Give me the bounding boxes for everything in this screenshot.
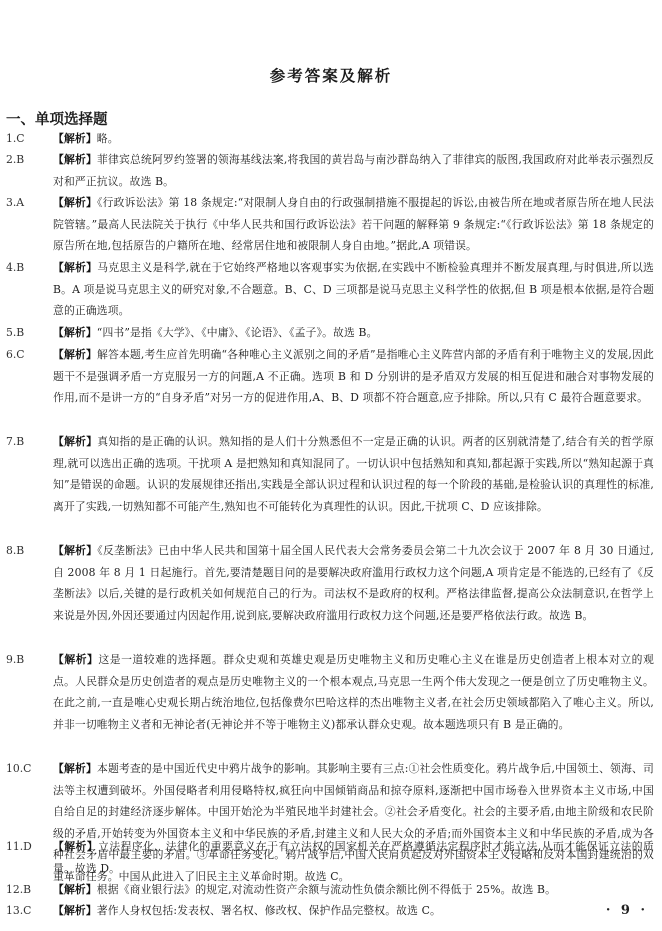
answer-item: 5.B 【解析】“四书”是指《大学》、《中庸》、《论语》、《孟子》。故选 B。	[6, 322, 654, 344]
answer-number: 13.C	[6, 900, 31, 922]
analysis-tag: 【解析】	[53, 435, 97, 448]
page-title: 参考答案及解析	[0, 64, 662, 86]
answer-text: 真知指的是正确的认识。熟知指的是人们十分熟悉但不一定是正确的认识。两者的区别就清…	[53, 435, 654, 513]
answer-text: 《反垄断法》已由中华人民共和国第十届全国人民代表大会常务委员会第二十九次会议于 …	[53, 544, 654, 622]
answer-text: 解答本题,考生应首先明确“各种唯心主义派别之间的矛盾”是指唯心主义阵营内部的矛盾…	[53, 348, 654, 404]
analysis-tag: 【解析】	[53, 544, 97, 557]
page-number: · 9 ·	[606, 903, 648, 918]
answer-number: 6.C	[6, 344, 25, 366]
analysis-tag: 【解析】	[53, 840, 98, 853]
answer-number: 10.C	[6, 758, 31, 780]
answer-number: 4.B	[6, 257, 24, 279]
analysis-tag: 【解析】	[53, 326, 97, 339]
analysis-tag: 【解析】	[53, 348, 97, 361]
answer-item: 12.B 【解析】根据《商业银行法》的规定,对流动性资产余额与流动性负债余额比例…	[6, 879, 654, 901]
answer-item: 2.B 【解析】菲律宾总统阿罗约签署的领海基线法案,将我国的黄岩岛与南沙群岛纳入…	[6, 149, 654, 192]
answer-item: 7.B 【解析】真知指的是正确的认识。熟知指的是人们十分熟悉但不一定是正确的认识…	[6, 431, 654, 517]
analysis-tag: 【解析】	[53, 653, 98, 666]
answer-item: 9.B 【解析】这是一道较难的选择题。群众史观和英雄史观是历史唯物主义和历史唯心…	[6, 649, 654, 735]
analysis-tag: 【解析】	[53, 153, 97, 166]
answer-text: 略。	[97, 132, 119, 145]
answer-number: 11.D	[6, 836, 32, 858]
analysis-tag: 【解析】	[53, 132, 97, 145]
answer-text: 立法程序化、法律化的重要意义在于有立法权的国家机关在严格遵循法定程序时才能立法,…	[53, 840, 654, 875]
answer-item: 3.A 【解析】《行政诉讼法》第 18 条规定:“对限制人身自由的行政强制措施不…	[6, 192, 654, 257]
analysis-tag: 【解析】	[53, 762, 97, 775]
answer-number: 1.C	[6, 128, 25, 150]
analysis-tag: 【解析】	[53, 196, 97, 209]
answer-number: 2.B	[6, 149, 24, 171]
answer-text: 根据《商业银行法》的规定,对流动性资产余额与流动性负债余额比例不得低于 25%。…	[97, 883, 556, 896]
answer-text: 《行政诉讼法》第 18 条规定:“对限制人身自由的行政强制措施不服提起的诉讼,由…	[53, 196, 654, 252]
answer-item: 1.C 【解析】略。	[6, 128, 654, 150]
answer-number: 3.A	[6, 192, 24, 214]
answer-text: “四书”是指《大学》、《中庸》、《论语》、《孟子》。故选 B。	[97, 326, 378, 339]
answer-item: 11.D 【解析】立法程序化、法律化的重要意义在于有立法权的国家机关在严格遵循法…	[6, 836, 654, 879]
analysis-tag: 【解析】	[53, 261, 97, 274]
answer-item: 13.C 【解析】著作人身权包括:发表权、署名权、修改权、保护作品完整权。故选 …	[6, 900, 654, 922]
section-heading: 一、单项选择题	[6, 108, 108, 129]
analysis-tag: 【解析】	[53, 904, 97, 917]
analysis-tag: 【解析】	[53, 883, 97, 896]
answer-number: 5.B	[6, 322, 24, 344]
answer-number: 8.B	[6, 540, 24, 562]
answer-item: 8.B 【解析】《反垄断法》已由中华人民共和国第十届全国人民代表大会常务委员会第…	[6, 540, 654, 626]
answer-number: 12.B	[6, 879, 31, 901]
answer-number: 7.B	[6, 431, 24, 453]
answer-item: 6.C 【解析】解答本题,考生应首先明确“各种唯心主义派别之间的矛盾”是指唯心主…	[6, 344, 654, 409]
answer-item: 4.B 【解析】马克思主义是科学,就在于它始终严格地以客观事实为依据,在实践中不…	[6, 257, 654, 322]
answer-number: 9.B	[6, 649, 24, 671]
answer-text: 这是一道较难的选择题。群众史观和英雄史观是历史唯物主义和历史唯心主义在谁是历史创…	[53, 653, 654, 731]
answer-text: 菲律宾总统阿罗约签署的领海基线法案,将我国的黄岩岛与南沙群岛纳入了菲律宾的版图,…	[53, 153, 654, 188]
answer-text: 著作人身权包括:发表权、署名权、修改权、保护作品完整权。故选 C。	[97, 904, 441, 917]
answer-text: 马克思主义是科学,就在于它始终严格地以客观事实为依据,在实践中不断检验真理并不断…	[53, 261, 654, 317]
